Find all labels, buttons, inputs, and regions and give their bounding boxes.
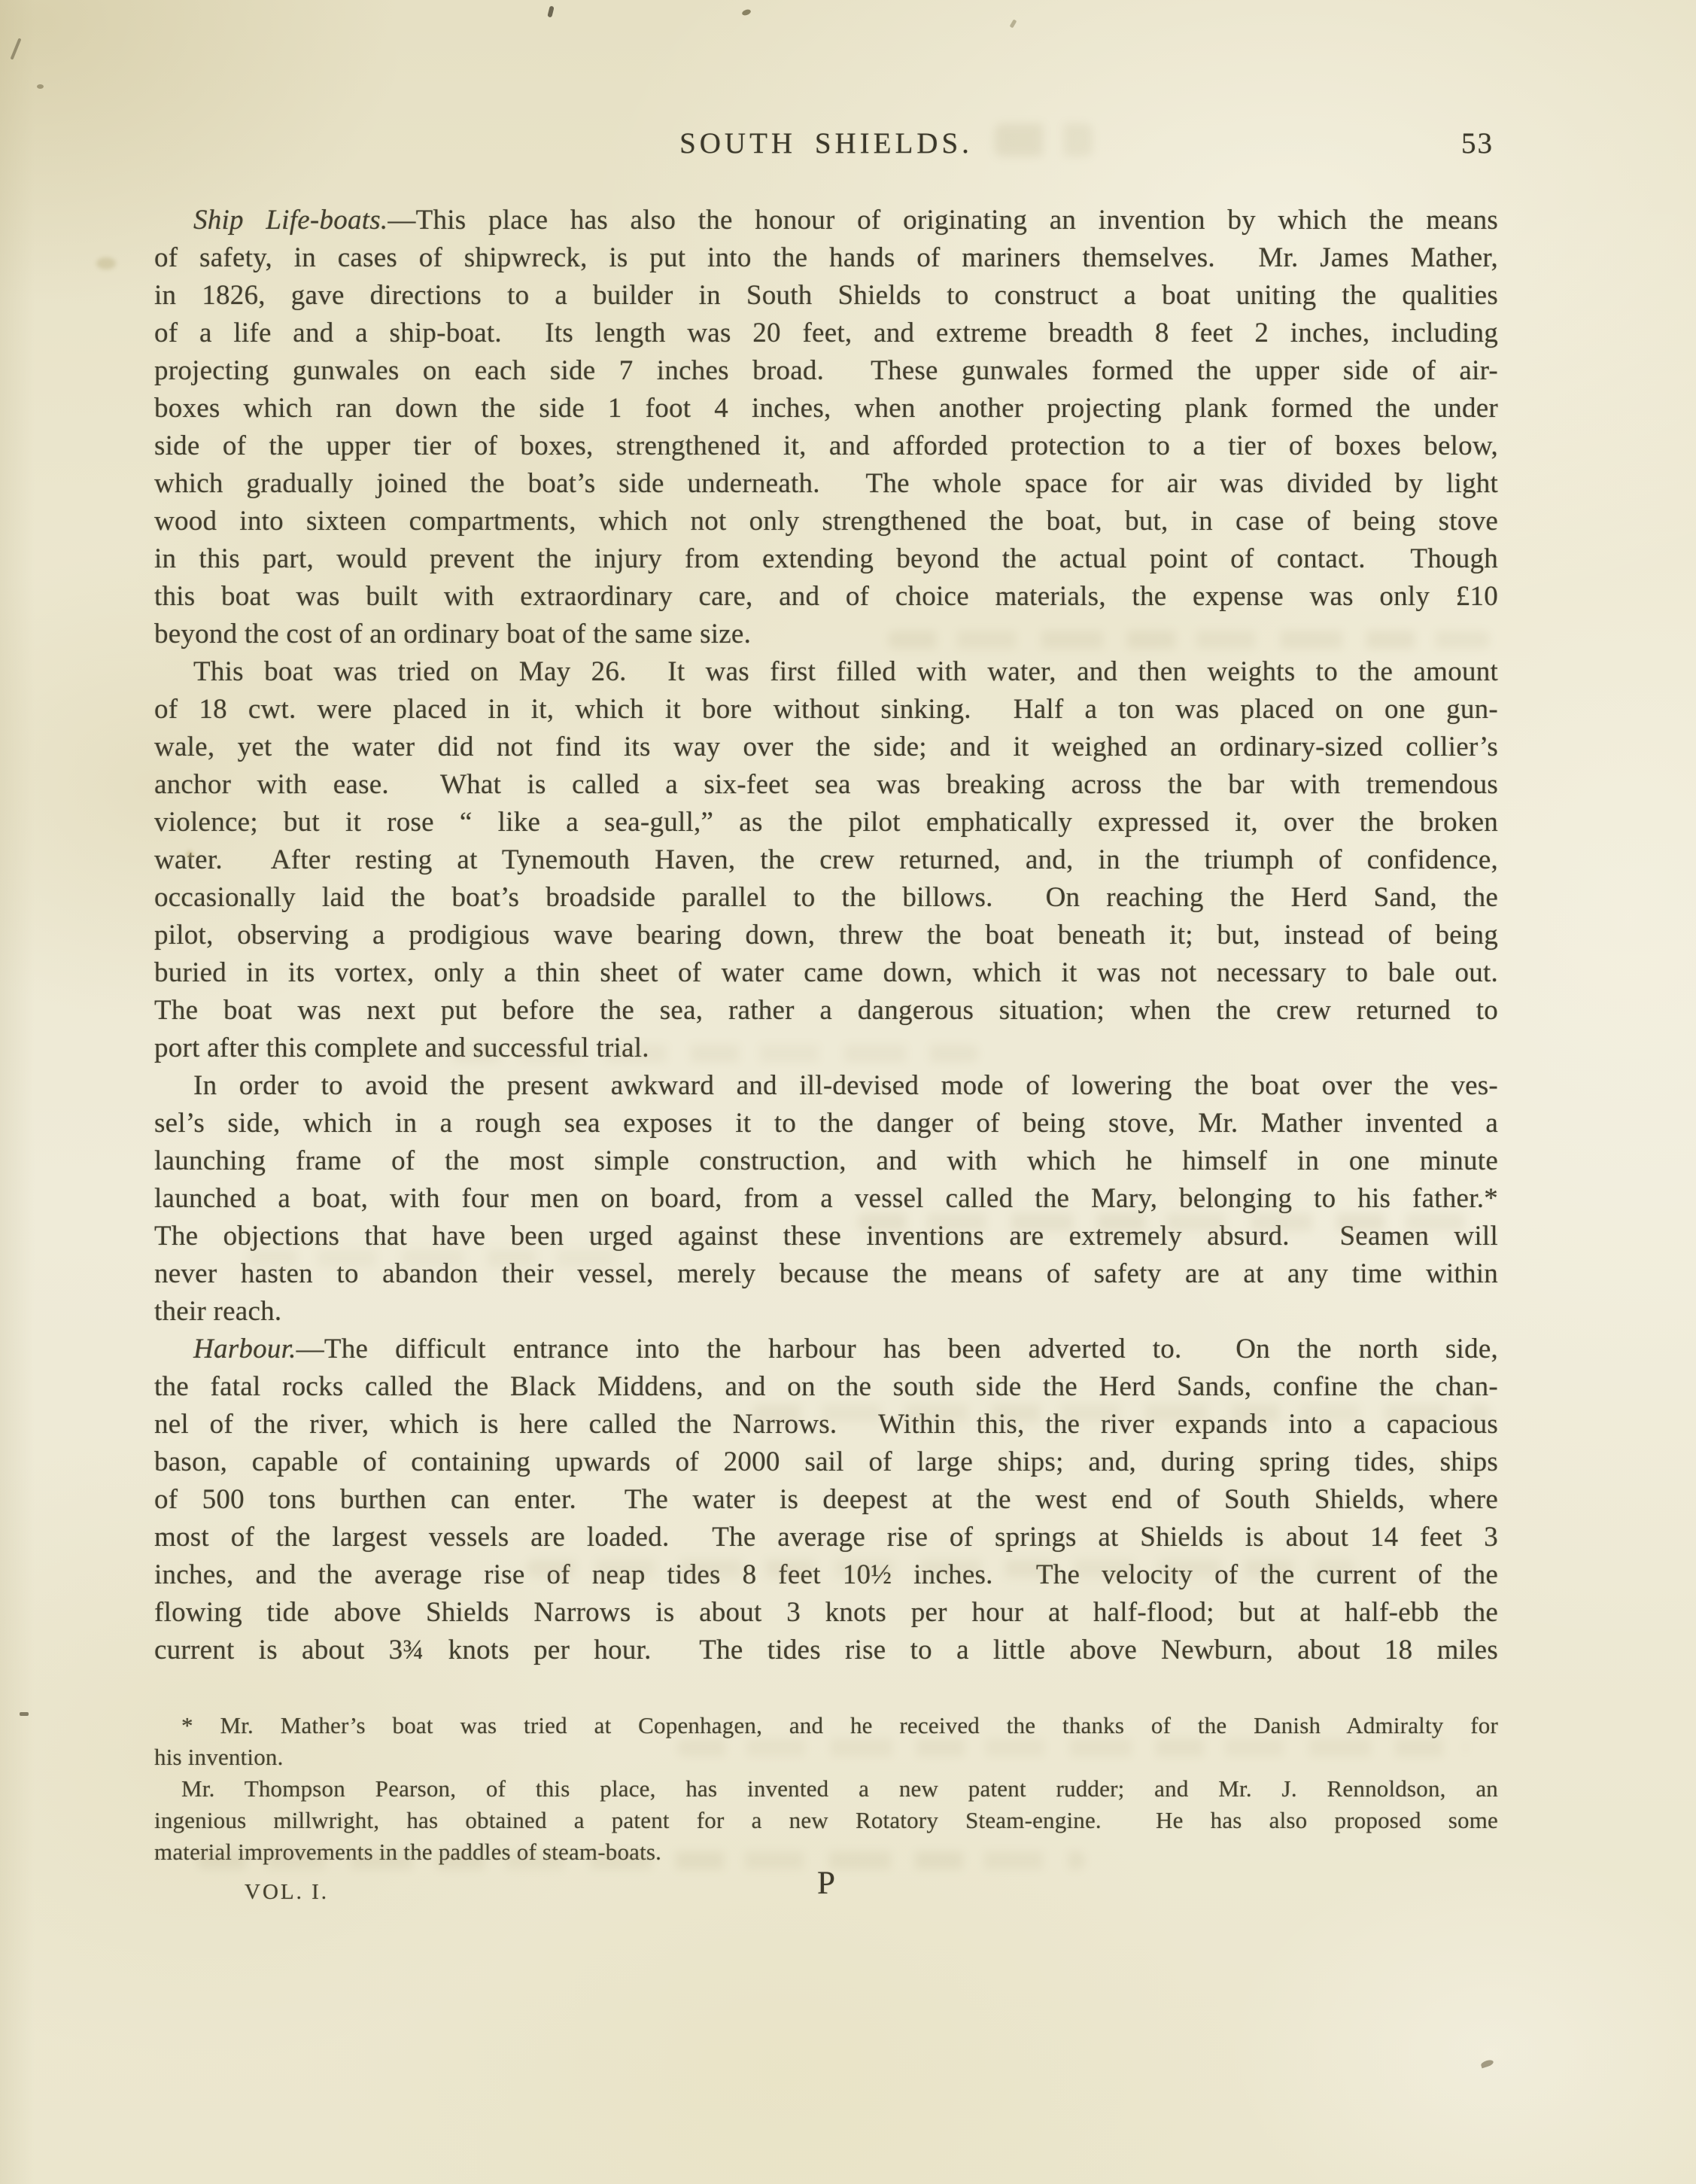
text-line: water. After resting at Tynemouth Haven,…	[154, 841, 1498, 879]
text-segment: most of the largest vessels are loaded. …	[154, 1522, 1498, 1553]
text-line: which gradually joined the boat’s side u…	[154, 465, 1498, 503]
text-line: their reach.	[154, 1293, 1498, 1331]
text-line: bason, capable of containing upwards of …	[154, 1443, 1498, 1481]
text-line: current is about 3¾ knots per hour. The …	[154, 1632, 1498, 1669]
text-line: of a life and a ship-boat. Its length wa…	[154, 315, 1498, 352]
signature-mark: P	[154, 1865, 1498, 1902]
text-segment: launched a boat, with four men on board,…	[154, 1183, 1498, 1214]
text-segment: pilot, observing a prodigious wave beari…	[154, 920, 1498, 951]
text-line: side of the upper tier of boxes, strengt…	[154, 427, 1498, 465]
text-line: this boat was built with extraordinary c…	[154, 578, 1498, 616]
text-line: violence; but it rose “ like a sea-gull,…	[154, 804, 1498, 841]
page-body-text: Ship Life-boats.—This place has also the…	[154, 202, 1498, 1669]
text-line: wood into sixteen compartments, which no…	[154, 503, 1498, 540]
text-segment: launching frame of the most simple const…	[154, 1145, 1498, 1176]
text-line: in this part, would prevent the injury f…	[154, 540, 1498, 578]
text-line: wale, yet the water did not find its way…	[154, 729, 1498, 766]
page-number: 53	[1461, 126, 1494, 160]
text-segment: in this part, would prevent the injury f…	[154, 543, 1498, 574]
text-segment: sel’s side, which in a rough sea exposes…	[154, 1108, 1498, 1139]
text-segment: beyond the cost of an ordinary boat of t…	[154, 619, 751, 649]
text-line: buried in its vortex, only a thin sheet …	[154, 954, 1498, 992]
text-segment: inches, and the average rise of neap tid…	[154, 1559, 1498, 1590]
text-segment: nel of the river, which is here called t…	[154, 1409, 1498, 1440]
text-segment: material improvements in the paddles of …	[154, 1839, 661, 1865]
text-segment: of a life and a ship-boat. Its length wa…	[154, 318, 1498, 348]
italic-lead-word: Ship Life-boats.	[193, 205, 388, 236]
text-segment: wood into sixteen compartments, which no…	[154, 506, 1498, 537]
text-segment: anchor with ease. What is called a six-f…	[154, 769, 1498, 800]
text-segment: of 18 cwt. were placed in it, which it b…	[154, 694, 1498, 725]
text-line: Harbour.—The difficult entrance into the…	[154, 1331, 1498, 1368]
text-line: flowing tide above Shields Narrows is ab…	[154, 1594, 1498, 1632]
text-line: of safety, in cases of shipwreck, is put…	[154, 239, 1498, 277]
footnote-block: * Mr. Mather’s boat was tried at Copenha…	[154, 1710, 1498, 1868]
paragraph: This boat was tried on May 26. It was fi…	[154, 653, 1498, 1067]
text-line: launched a boat, with four men on board,…	[154, 1180, 1498, 1218]
text-line: in 1826, gave directions to a builder in…	[154, 277, 1498, 315]
running-head: SOUTH SHIELDS. 53	[154, 126, 1498, 164]
text-line: anchor with ease. What is called a six-f…	[154, 766, 1498, 804]
text-line: the fatal rocks called the Black Middens…	[154, 1368, 1498, 1406]
text-segment: wale, yet the water did not find its way…	[154, 732, 1498, 762]
text-line: In order to avoid the present awkward an…	[154, 1067, 1498, 1105]
paper-speck	[11, 38, 22, 59]
text-segment: The objections that have been urged agai…	[154, 1221, 1498, 1252]
text-segment: side of the upper tier of boxes, strengt…	[154, 430, 1498, 461]
paper-speck	[96, 257, 116, 269]
text-line: port after this complete and successful …	[154, 1030, 1498, 1067]
text-segment: of safety, in cases of shipwreck, is put…	[154, 242, 1498, 273]
italic-lead-word: Harbour.	[193, 1334, 296, 1364]
text-segment: The boat was next put before the sea, ra…	[154, 995, 1498, 1026]
text-segment: his invention.	[154, 1744, 284, 1770]
text-segment: the fatal rocks called the Black Middens…	[154, 1371, 1498, 1402]
paper-speck	[1010, 19, 1017, 28]
text-segment: bason, capable of containing upwards of …	[154, 1446, 1498, 1477]
text-line: beyond the cost of an ordinary boat of t…	[154, 616, 1498, 653]
paper-speck	[547, 5, 554, 17]
text-segment: * Mr. Mather’s boat was tried at Copenha…	[181, 1712, 1498, 1738]
text-segment: This boat was tried on May 26. It was fi…	[193, 656, 1498, 687]
page-header-title: SOUTH SHIELDS.	[154, 126, 1498, 160]
text-line: most of the largest vessels are loaded. …	[154, 1519, 1498, 1556]
text-line: of 500 tons burthen can enter. The water…	[154, 1481, 1498, 1519]
text-line: occasionally laid the boat’s broadside p…	[154, 879, 1498, 917]
text-segment: never hasten to abandon their vessel, me…	[154, 1258, 1498, 1289]
paper-speck	[1480, 2059, 1494, 2069]
text-line: of 18 cwt. were placed in it, which it b…	[154, 691, 1498, 729]
text-line: Ship Life-boats.—This place has also the…	[154, 202, 1498, 239]
text-line: ingenious millwright, has obtained a pat…	[154, 1805, 1498, 1836]
text-line: * Mr. Mather’s boat was tried at Copenha…	[154, 1710, 1498, 1741]
text-segment: projecting gunwales on each side 7 inche…	[154, 355, 1498, 386]
text-line: never hasten to abandon their vessel, me…	[154, 1255, 1498, 1293]
paragraph: Ship Life-boats.—This place has also the…	[154, 202, 1498, 653]
text-line: material improvements in the paddles of …	[154, 1836, 1498, 1868]
text-line: inches, and the average rise of neap tid…	[154, 1556, 1498, 1594]
paper-speck	[37, 84, 44, 89]
text-line: The boat was next put before the sea, ra…	[154, 992, 1498, 1030]
text-segment: buried in its vortex, only a thin sheet …	[154, 957, 1498, 988]
text-line: projecting gunwales on each side 7 inche…	[154, 352, 1498, 390]
text-segment: ingenious millwright, has obtained a pat…	[154, 1807, 1498, 1833]
paragraph: In order to avoid the present awkward an…	[154, 1067, 1498, 1331]
paragraph: Harbour.—The difficult entrance into the…	[154, 1331, 1498, 1669]
text-line: nel of the river, which is here called t…	[154, 1406, 1498, 1443]
text-line: pilot, observing a prodigious wave beari…	[154, 917, 1498, 954]
text-segment: this boat was built with extraordinary c…	[154, 581, 1498, 612]
text-segment: occasionally laid the boat’s broadside p…	[154, 882, 1498, 913]
text-segment: port after this complete and successful …	[154, 1033, 649, 1063]
text-segment: —The difficult entrance into the harbour…	[296, 1334, 1498, 1364]
paper-speck	[20, 1712, 29, 1716]
paper-speck	[741, 8, 752, 17]
text-segment: their reach.	[154, 1296, 281, 1327]
text-line: The objections that have been urged agai…	[154, 1218, 1498, 1255]
text-segment: boxes which ran down the side 1 foot 4 i…	[154, 393, 1498, 424]
text-segment: current is about 3¾ knots per hour. The …	[154, 1635, 1498, 1665]
text-line: This boat was tried on May 26. It was fi…	[154, 653, 1498, 691]
text-line: launching frame of the most simple const…	[154, 1142, 1498, 1180]
text-segment: water. After resting at Tynemouth Haven,…	[154, 844, 1498, 875]
book-page-scan: SOUTH SHIELDS. 53 Ship Life-boats.—This …	[0, 0, 1696, 2184]
text-line: boxes which ran down the side 1 foot 4 i…	[154, 390, 1498, 427]
text-segment: Mr. Thompson Pearson, of this place, has…	[181, 1775, 1498, 1802]
text-line: sel’s side, which in a rough sea exposes…	[154, 1105, 1498, 1142]
text-segment: flowing tide above Shields Narrows is ab…	[154, 1597, 1498, 1628]
text-segment: of 500 tons burthen can enter. The water…	[154, 1484, 1498, 1515]
text-segment: violence; but it rose “ like a sea-gull,…	[154, 807, 1498, 838]
text-line: his invention.	[154, 1741, 1498, 1773]
text-segment: —This place has also the honour of origi…	[388, 205, 1498, 236]
text-segment: in 1826, gave directions to a builder in…	[154, 280, 1498, 311]
text-line: Mr. Thompson Pearson, of this place, has…	[154, 1773, 1498, 1805]
text-segment: which gradually joined the boat’s side u…	[154, 468, 1498, 499]
text-segment: In order to avoid the present awkward an…	[193, 1070, 1498, 1101]
